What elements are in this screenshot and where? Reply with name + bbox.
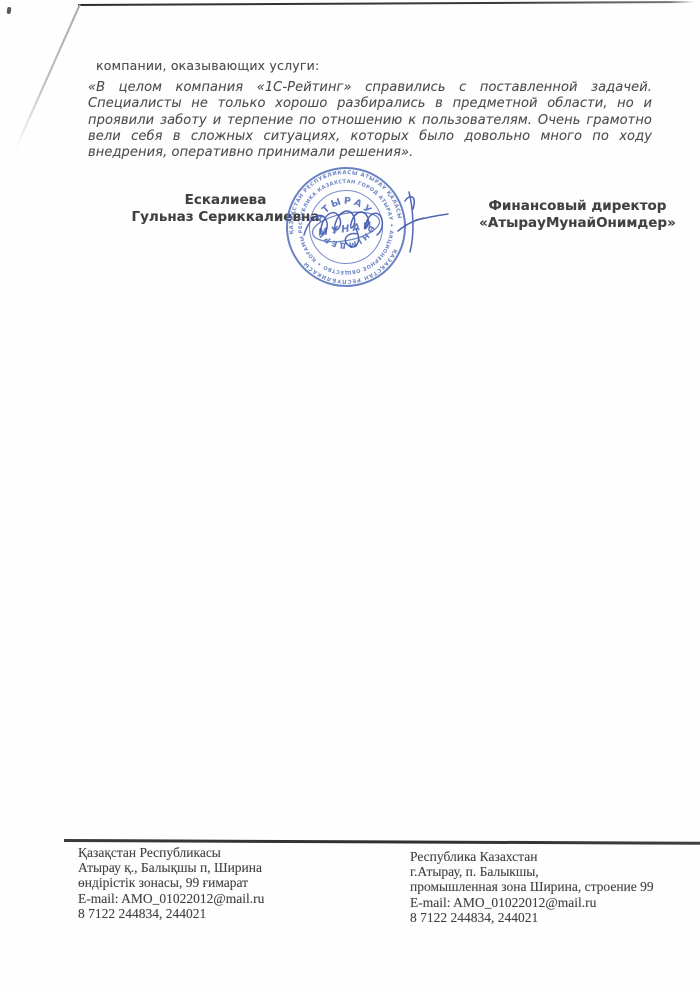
footer-right-line: 8 7122 244834, 244021 (410, 910, 700, 925)
signatory-title: Финансовый директор «АтырауМунайОнимдер» (475, 198, 680, 232)
scanned-document-page: компании, оказывающих услуги: «В целом к… (0, 0, 700, 989)
footer-address-russian: Республика Казахстан г.Атырау, п. Балыкш… (410, 849, 700, 925)
footer-address-kazakh: Қазақстан Республикасы Атырау қ., Балықш… (78, 845, 378, 921)
footer-right-line: г.Атырау, п. Балыкшы, (410, 864, 700, 879)
footer-right-line: Республика Казахстан (410, 849, 700, 864)
footer-right-line: E-mail: AMO_01022012@mail.ru (410, 895, 700, 910)
company-stamp: ҚАЗАҚСТАН РЕСПУБЛИКАСЫ АТЫРАУ ҚАЛАСЫ ҚАЗ… (284, 163, 464, 295)
footer-right-line: промышленная зона Ширина, строение 99 (410, 879, 700, 894)
intro-line: компании, оказывающих услуги: (96, 58, 516, 73)
scan-paper-corner-artifact (14, 4, 80, 150)
footer-left-line: 8 7122 244834, 244021 (78, 906, 378, 921)
scan-speck-artifact (7, 7, 12, 14)
footer-left-line: E-mail: AMO_01022012@mail.ru (78, 891, 378, 906)
testimonial-quote: «В целом компания «1С-Рейтинг» справилис… (88, 80, 652, 161)
footer-left-line: өндірістік зонасы, 99 ғимарат (78, 875, 378, 890)
footer-left-line: Қазақстан Республикасы (78, 845, 378, 860)
footer-left-line: Атырау қ., Балықшы п, Ширина (78, 860, 378, 875)
scan-top-edge-artifact (78, 1, 694, 6)
signatory-title-line2: «АтырауМунайОнимдер» (475, 215, 680, 232)
signatory-title-line1: Финансовый директор (475, 198, 680, 215)
footer-divider-line (64, 839, 700, 844)
company-stamp-graphic: ҚАЗАҚСТАН РЕСПУБЛИКАСЫ АТЫРАУ ҚАЛАСЫ ҚАЗ… (284, 163, 464, 295)
